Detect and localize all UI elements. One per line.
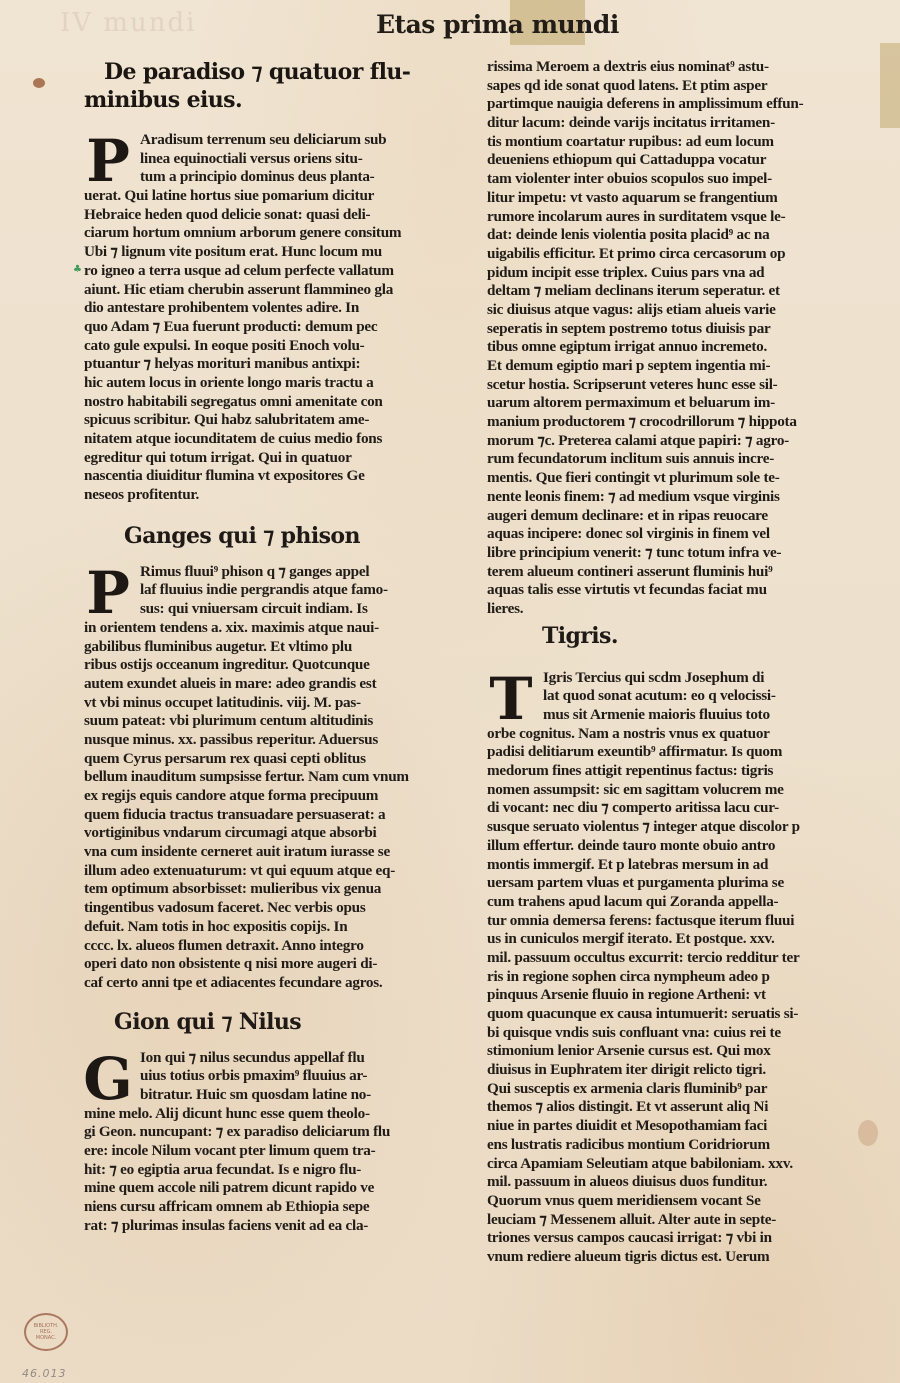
text-line: medorum fines attigit repentinus factus:… [487, 762, 827, 781]
text-line: ro igneo a terra usque ad celum perfecte… [84, 262, 424, 281]
text-line: tingentibus vadosum faceret. Nec verbis … [84, 899, 424, 918]
stamp-line: MONAC. [26, 1335, 66, 1341]
text-line: niens cursu affricam omnem ab Ethiopia s… [84, 1198, 424, 1217]
text-line: quom quacunque ex causa intumuerit: seru… [487, 1005, 827, 1024]
text-line: in orientem tendens a. xix. maximis atqu… [84, 619, 424, 638]
text-line: terem alueum contineri asserunt fluminis… [487, 563, 827, 582]
text-line: suum pateat: vbi plurimum centum altitud… [84, 712, 424, 731]
section-title-ganges: Ganges qui ⁊ phison [124, 523, 424, 549]
paragraph-paradise: P Aradisum terrenum seu deliciarum sub l… [84, 131, 424, 505]
text-line: ere: incole Nilum vocant pter limum quem… [84, 1142, 424, 1161]
text-line: scetur hostia. Scripserunt veteres hunc … [487, 376, 827, 395]
text-line: ex regijs equis candore atque forma prec… [84, 787, 424, 806]
text-line: tis montium coartatur rupibus: ad eum lo… [487, 133, 827, 152]
text-line: quem Cyrus persarum rex quasi cepti obli… [84, 750, 424, 769]
text-line: nusque minus. xx. passibus reperitur. Ad… [84, 731, 424, 750]
paragraph-ganges: P Rimus fluui⁹ phison q ⁊ ganges appel l… [84, 563, 424, 993]
text-line: mentis. Que fieri contingit vt plurimum … [487, 469, 827, 488]
text-line: vt vbi minus occupet latitudinis. viij. … [84, 694, 424, 713]
text-line: bellum inauditum sumpsisse fertur. Nam c… [84, 768, 424, 787]
text-line: circa Apamiam Seleutiam atque babiloniam… [487, 1155, 827, 1174]
text-line: partimque nauigia deferens in amplissimu… [487, 95, 827, 114]
text-line: gabilibus fluminibus augetur. Et vltimo … [84, 638, 424, 657]
text-line: uersam partem vluas et purgamenta plurim… [487, 874, 827, 893]
text-line: gi Geon. nuncupant: ⁊ ex paradiso delici… [84, 1123, 424, 1142]
text-line: nente leonis finem: ⁊ ad medium vsque vi… [487, 488, 827, 507]
text-line: litur impetu: vt vasto aquarum se frange… [487, 189, 827, 208]
text-line: aquas incipere: donec sol virginis in fi… [487, 525, 827, 544]
text-line: uerat. Qui latine hortus siue pomarium d… [84, 187, 424, 206]
text-line: aquas talis esse virtutis vt fecundas fa… [487, 581, 827, 600]
text-line: rum fecundatorum inclitum suis annuis in… [487, 450, 827, 469]
text-line: rissima Meroem a dextris eius nominat⁹ a… [487, 58, 827, 77]
initial-letter-icon: G [80, 1051, 136, 1107]
section-heading: minibus eius. [84, 86, 424, 114]
text-line: us in cuniculos mergif iterato. Et postq… [487, 930, 827, 949]
section-title-gion: Gion qui ⁊ Nilus [114, 1009, 424, 1035]
running-head: Etas prima mundi [376, 10, 619, 39]
text-line: stimonium lenior Arsenie cursus est. Qui… [487, 1042, 827, 1061]
text-line: morum ⁊c. Preterea calami atque papiri: … [487, 432, 827, 451]
text-line: uarum altorem permaximum et beluarum im- [487, 394, 827, 413]
text-line: neseos profitentur. [84, 486, 424, 505]
text-line: rat: ⁊ plurimas insulas faciens venit ad… [84, 1217, 424, 1236]
text-line: aiunt. Hic etiam cherubin asserunt flamm… [84, 281, 424, 300]
text-line: caf certo anni tpe et adiacentes fecunda… [84, 974, 424, 993]
paragraph-tigris: T Igris Tercius qui scdm Josephum di lat… [487, 669, 827, 1267]
text-line: pinquus Arsenie fluuio in regione Arthеn… [487, 986, 827, 1005]
text-line: nascentia diuiditur flumina vt expositor… [84, 467, 424, 486]
text-line: dat: deinde lenis violentia posita placi… [487, 226, 827, 245]
text-line: ribus ostijs occeanum ingreditur. Quotcu… [84, 656, 424, 675]
section-heading: De paradiso ⁊ quatuor flu- [104, 58, 424, 86]
text-line: manium productorem ⁊ crocodrillorum ⁊ hi… [487, 413, 827, 432]
text-line: cccc. lx. alueos flumen detraxit. Anno i… [84, 937, 424, 956]
text-line: pidum incipit esse triplex. Cuius pars v… [487, 264, 827, 283]
right-column: rissima Meroem a dextris eius nominat⁹ a… [487, 58, 827, 1267]
text-line: rumore incolarum aures in surditatem vsq… [487, 208, 827, 227]
text-line: seperatis in septem postremo totus diuis… [487, 320, 827, 339]
text-line: leuciam ⁊ Messenem alluit. Alter aute in… [487, 1211, 827, 1230]
text-line: padisi delitiarum exeuntib⁹ affirmatur. … [487, 743, 827, 762]
paragraph-nile-continued: rissima Meroem a dextris eius nominat⁹ a… [487, 58, 827, 619]
text-line: augeri demum declinare: et in ripas reuo… [487, 507, 827, 526]
text-line: vna cum insidente cerneret auit iratum i… [84, 843, 424, 862]
text-line: diuisus in Euphratem iter dirigit relict… [487, 1061, 827, 1080]
text-line: spicuus scribitur. Qui habz salubritatem… [84, 411, 424, 430]
text-line: Et demum egiptio mari p septem ingentia … [487, 357, 827, 376]
section-paradise: De paradiso ⁊ quatuor flu- minibus eius. [84, 58, 424, 114]
text-line: deltam ⁊ meliam declinans iterum seperat… [487, 282, 827, 301]
text-line: mine melo. Alij dicunt hunc esse quem th… [84, 1105, 424, 1124]
text-line: deueniens ethiopum qui Cattaduppa vocatu… [487, 151, 827, 170]
text-line: dio antestare prohibentem volentes adire… [84, 299, 424, 318]
text-line: operi dato non obsistente q nisi more au… [84, 955, 424, 974]
text-line: vortiginibus vndarum circumagi atque abs… [84, 824, 424, 843]
show-through-text: IV mundi [60, 8, 196, 38]
initial-letter-icon: P [80, 133, 136, 189]
text-line: illum effertur. deinde tauro monte obuio… [487, 837, 827, 856]
text-line: triones versus campos caucasi irrigat: ⁊… [487, 1229, 827, 1248]
marginal-mark-icon: ♣ [73, 264, 82, 275]
text-line: Qui susceptis ex armenia claris fluminib… [487, 1080, 827, 1099]
text-line: hit: ⁊ eo egiptia arua fecundat. Is e ni… [84, 1161, 424, 1180]
parchment-page: IV mundi Etas prima mundi ♣ De paradiso … [0, 0, 900, 1383]
left-column: De paradiso ⁊ quatuor flu- minibus eius.… [84, 58, 424, 1235]
text-line: bi quisque vndis suis confluant vna: cui… [487, 1024, 827, 1043]
text-line: cato gule expulsi. In eoque positi Enoch… [84, 337, 424, 356]
text-line: themos ⁊ alios distingit. Et vt asserunt… [487, 1098, 827, 1117]
text-line: Quorum vnus quem meridiensem vocant Se [487, 1192, 827, 1211]
text-line: nostro habitabili segregatus omni amenit… [84, 393, 424, 412]
section-title-tigris: Tigris. [542, 623, 827, 649]
text-line: quo Adam ⁊ Eua fuerunt producti: demum p… [84, 318, 424, 337]
text-line: nomen assumpsit: sic em sagittam volucre… [487, 781, 827, 800]
text-line: sapes qd ide sonat quod latens. Et ptim … [487, 77, 827, 96]
text-line: susque seruato violentus ⁊ integer atque… [487, 818, 827, 837]
tape-strip-edge [880, 43, 900, 128]
text-line: nitatem atque iocunditatem de cuius medi… [84, 430, 424, 449]
text-line: quem fiducia tractus transuadare persuas… [84, 806, 424, 825]
text-line: egreditur qui totum irrigat. Qui in quat… [84, 449, 424, 468]
text-line: ciarum hortum omnium arborum genere cons… [84, 224, 424, 243]
text-line: tem optimum absorbisset: mulieribus vix … [84, 880, 424, 899]
text-line: ris in regione sophen circa nymphеum ade… [487, 968, 827, 987]
text-line: niue in partes diuidit et Mesopothamiam … [487, 1117, 827, 1136]
text-line: illum adeo extenuaturum: vt qui equum at… [84, 862, 424, 881]
text-line: ditur lacum: deinde varijs incitatus irr… [487, 114, 827, 133]
text-line: orbe cognitus. Nam a nostris vnus ex qua… [487, 725, 827, 744]
text-line: uigabilis efficitur. Et primo circa cerc… [487, 245, 827, 264]
ink-stain [33, 78, 45, 88]
text-line: sic diuisus atque vagus: alijs etiam alu… [487, 301, 827, 320]
text-line: tam violenter inter obuios scopulos suo … [487, 170, 827, 189]
text-line: montis immergif. Et p latebras mersum in… [487, 856, 827, 875]
text-line: mil. passuum occultus excurrit: tercio r… [487, 949, 827, 968]
text-line: cum trahens apud lacum qui Zoranda appel… [487, 893, 827, 912]
text-line: lieres. [487, 600, 827, 619]
text-line: defuit. Nam totis in hoc expositis copij… [84, 918, 424, 937]
text-line: Hebraice heden quod delicie sonat: quasi… [84, 206, 424, 225]
library-stamp: BIBLIOTH. REG. MONAC. [24, 1313, 68, 1351]
initial-letter-icon: T [483, 671, 539, 727]
paragraph-gion: G Ion qui ⁊ nilus secundus appellaf flu … [84, 1049, 424, 1236]
text-line: autem exundet alueis in mare: adeo grand… [84, 675, 424, 694]
text-line: hic autem locus in oriente longo maris t… [84, 374, 424, 393]
shelfmark: 46.013 [22, 1367, 67, 1380]
text-line: Ubi ⁊ lignum vite positum erat. Hunc loc… [84, 243, 424, 262]
foxing-stain [858, 1120, 878, 1146]
text-line: ens lustratis radicibus montium Coridrio… [487, 1136, 827, 1155]
text-line: ptuantur ⁊ helyas morituri manibus antix… [84, 355, 424, 374]
text-line: libre principium venerit: ⁊ tunc totum i… [487, 544, 827, 563]
text-line: di vocant: nec diu ⁊ comperto aritissa l… [487, 799, 827, 818]
text-line: tibus omne egiptum irrigat annuo increme… [487, 338, 827, 357]
text-line: mine quem accole nili patrem dicunt rapi… [84, 1179, 424, 1198]
text-line: tur omnia demersa ferens: factusque iter… [487, 912, 827, 931]
text-line: mil. passuum in alueos diuisus duos fund… [487, 1173, 827, 1192]
initial-letter-icon: P [80, 565, 136, 621]
text-line: vnum rediere alueum tigris dictus est. U… [487, 1248, 827, 1267]
